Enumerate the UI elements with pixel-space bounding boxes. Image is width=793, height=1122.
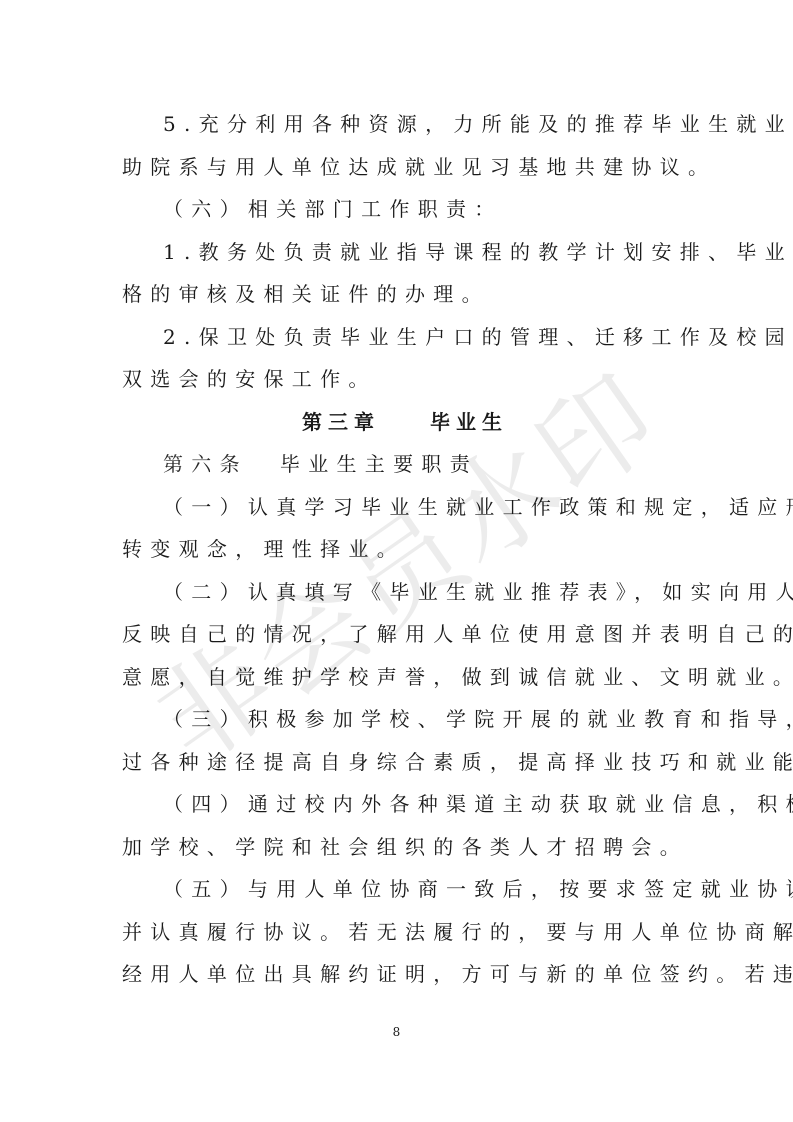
duty-line: 意愿，自觉维护学校声誉，做到诚信就业、文明就业。 [122,656,682,699]
duty-line: （一）认真学习毕业生就业工作政策和规定，适应形势， [122,486,682,529]
paragraph-line: 5.充分利用各种资源，力所能及的推荐毕业生就业，协 [122,103,682,146]
article-title: 毕业生主要职责 [280,452,478,476]
paragraph-line: 1.教务处负责就业指导课程的教学计划安排、毕业生资 [122,231,682,274]
chapter-title: 第三章毕业生 [122,401,682,444]
chapter-name: 毕业生 [430,410,508,434]
document-body: 5.充分利用各种资源，力所能及的推荐毕业生就业，协 助院系与用人单位达成就业见习… [122,103,682,996]
duty-line: （五）与用人单位协商一致后，按要求签定就业协议书 [122,868,682,911]
article-number: 第六条 [163,452,248,476]
duty-line: 经用人单位出具解约证明，方可与新的单位签约。若违约要 [122,953,682,996]
duty-line: （三）积极参加学校、学院开展的就业教育和指导，通 [122,698,682,741]
paragraph-line: 双选会的安保工作。 [122,358,682,401]
paragraph-line: 格的审核及相关证件的办理。 [122,273,682,316]
article-heading: 第六条毕业生主要职责 [122,443,682,486]
chapter-number: 第三章 [302,410,380,434]
duty-line: 反映自己的情况，了解用人单位使用意图并表明自己的就业 [122,613,682,656]
duty-line: （二）认真填写《毕业生就业推荐表》，如实向用人单位 [122,571,682,614]
section-heading: （六）相关部门工作职责： [122,188,682,231]
paragraph-line: 2.保卫处负责毕业生户口的管理、迁移工作及校园大型 [122,316,682,359]
duty-line: （四）通过校内外各种渠道主动获取就业信息，积极参 [122,783,682,826]
duty-line: 并认真履行协议。若无法履行的，要与用人单位协商解约。 [122,911,682,954]
duty-line: 加学校、学院和社会组织的各类人才招聘会。 [122,826,682,869]
paragraph-line: 助院系与用人单位达成就业见习基地共建协议。 [122,146,682,189]
duty-line: 转变观念，理性择业。 [122,528,682,571]
page-number: 8 [0,1025,793,1039]
duty-line: 过各种途径提高自身综合素质，提高择业技巧和就业能力。 [122,741,682,784]
document-page: 非会员水印 5.充分利用各种资源，力所能及的推荐毕业生就业，协 助院系与用人单位… [0,0,793,1122]
